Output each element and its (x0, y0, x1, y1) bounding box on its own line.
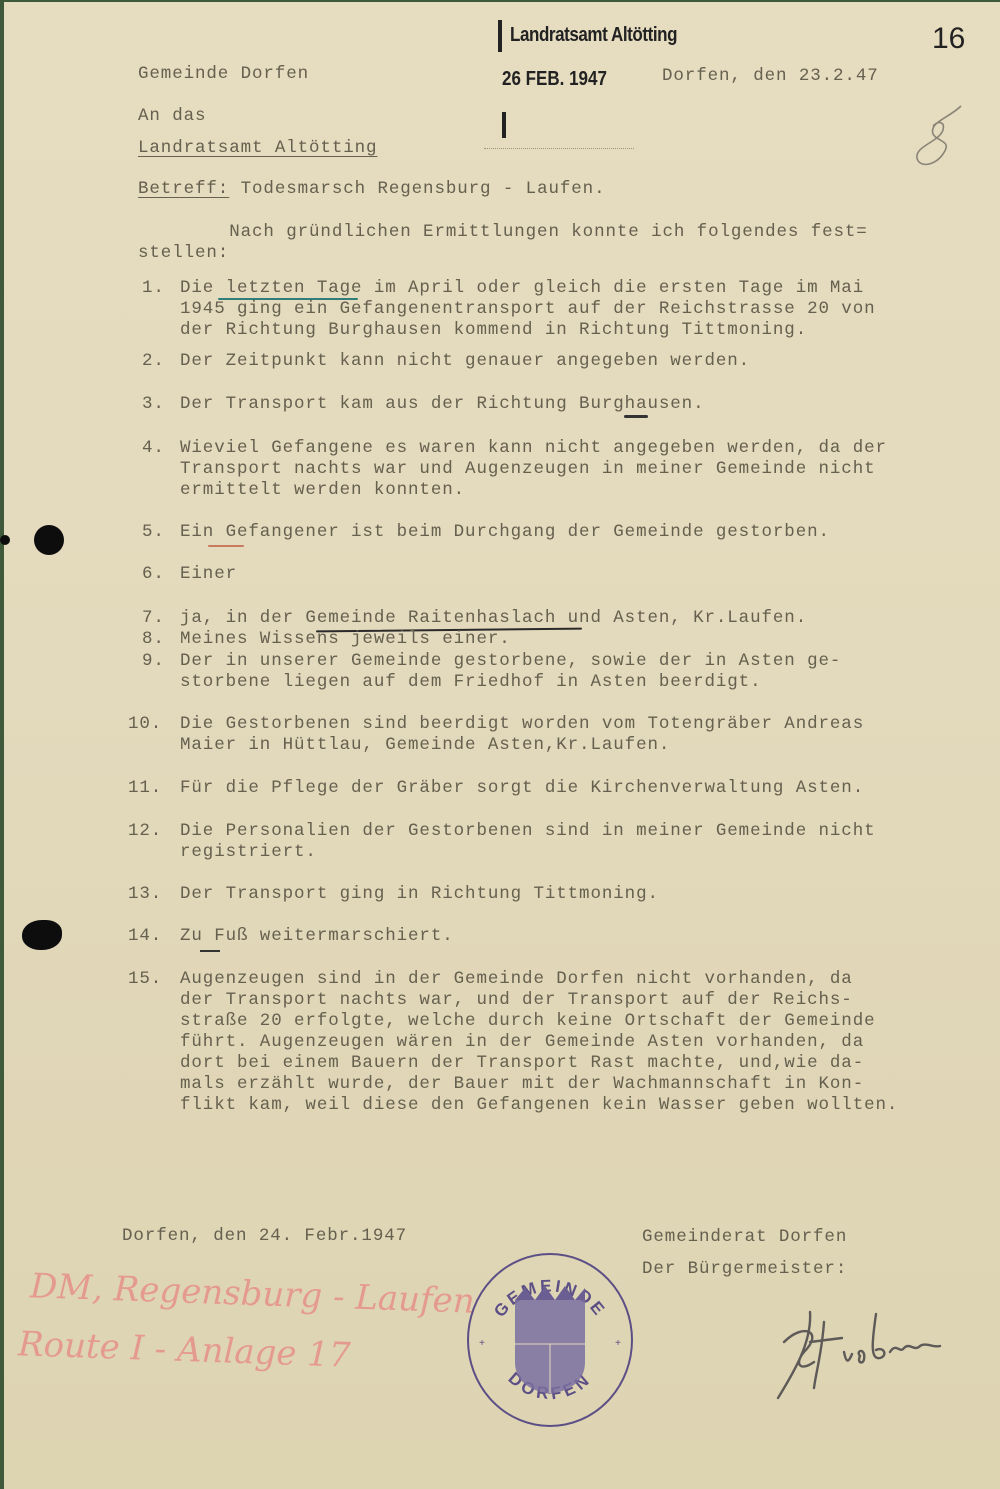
item-number: 9. (142, 651, 176, 671)
item-text: ja, in der Gemeinde Raitenhaslach und As… (180, 608, 960, 629)
red-annotation-line-2: Route I - Anlage 17 (17, 1324, 351, 1376)
margin-mark-icon (909, 102, 969, 174)
hole-punch (22, 920, 62, 950)
item-text: Einer (180, 564, 960, 585)
seal-icon: GEMEINDE DORFEN + + (465, 1250, 635, 1428)
receipt-stamp-office: Landratsamt Altötting (510, 24, 677, 47)
closing-place-date: Dorfen, den 24. Febr.1947 (122, 1226, 407, 1246)
item-number: 11. (128, 778, 176, 798)
item-number: 3. (142, 394, 176, 414)
item-text: Augenzeugen sind in der Gemeinde Dorfen … (180, 969, 960, 1116)
item-text: Die Gestorbenen sind beerdigt worden vom… (180, 714, 960, 756)
red-annotation-line-1: DM, Regensburg - Laufen (29, 1266, 475, 1321)
sender: Gemeinde Dorfen (138, 64, 309, 84)
teal-underline (218, 298, 358, 300)
item-text: Die letzten Tage im April oder gleich di… (180, 278, 960, 341)
subject-text: Todesmarsch Regensburg - Laufen. (241, 179, 606, 199)
hole-punch (34, 525, 64, 555)
recipient-line-1: An das (138, 106, 206, 126)
item-number: 6. (142, 564, 176, 584)
stamp-line (484, 148, 634, 150)
svg-text:+: + (479, 1339, 485, 1350)
item-number: 5. (142, 522, 176, 542)
item-text: Wieviel Gefangene es waren kann nicht an… (180, 438, 960, 501)
subject-label: Betreff: (138, 179, 229, 199)
page-number: 16 (932, 22, 965, 56)
item-text: Der Zeitpunkt kann nicht genauer angegeb… (180, 351, 960, 372)
item-number: 4. (142, 438, 176, 458)
stamp-bar-icon (498, 20, 502, 52)
place-date: Dorfen, den 23.2.47 (662, 66, 879, 86)
red-underline (208, 545, 244, 547)
svg-text:+: + (615, 1339, 621, 1350)
item-number: 10. (128, 714, 176, 734)
intro-line-1: Nach gründlichen Ermittlungen konnte ich… (138, 222, 868, 242)
pen-mark (200, 950, 220, 952)
stamp-bar-icon (502, 112, 506, 138)
item-number: 14. (128, 926, 176, 946)
item-text: Die Personalien der Gestorbenen sind in … (180, 821, 960, 863)
item-number: 1. (142, 278, 176, 298)
item-text: Für die Pflege der Gräber sorgt die Kirc… (180, 778, 960, 799)
item-text: Der Transport ging in Richtung Tittmonin… (180, 884, 960, 905)
item-text: Meines Wissens jeweils einer. (180, 629, 960, 650)
signature-block-line-1: Gemeinderat Dorfen (642, 1227, 847, 1247)
item-number: 8. (142, 629, 176, 649)
item-number: 15. (128, 969, 176, 989)
intro-line-2: stellen: (138, 243, 229, 263)
item-text: Der in unserer Gemeinde gestorbene, sowi… (180, 651, 960, 693)
pen-mark (624, 415, 648, 418)
item-text: Der Transport kam aus der Richtung Burgh… (180, 394, 960, 415)
item-text: Zu Fuß weitermarschiert. (180, 926, 960, 947)
item-number: 7. (142, 608, 176, 628)
receipt-stamp-date: 26 FEB. 1947 (502, 68, 607, 91)
recipient-line-2: Landratsamt Altötting (138, 138, 377, 158)
signature-icon (764, 1302, 944, 1402)
document-page: 16 Gemeinde Dorfen An das Landratsamt Al… (4, 2, 1000, 1489)
hole-punch (0, 535, 10, 545)
subject-line: Betreff: Todesmarsch Regensburg - Laufen… (138, 179, 605, 199)
item-number: 12. (128, 821, 176, 841)
item-number: 2. (142, 351, 176, 371)
municipal-seal: GEMEINDE DORFEN + + (465, 1250, 635, 1428)
item-text: Ein Gefangener ist beim Durchgang der Ge… (180, 522, 960, 543)
item-number: 13. (128, 884, 176, 904)
signature-block-line-2: Der Bürgermeister: (642, 1259, 847, 1279)
